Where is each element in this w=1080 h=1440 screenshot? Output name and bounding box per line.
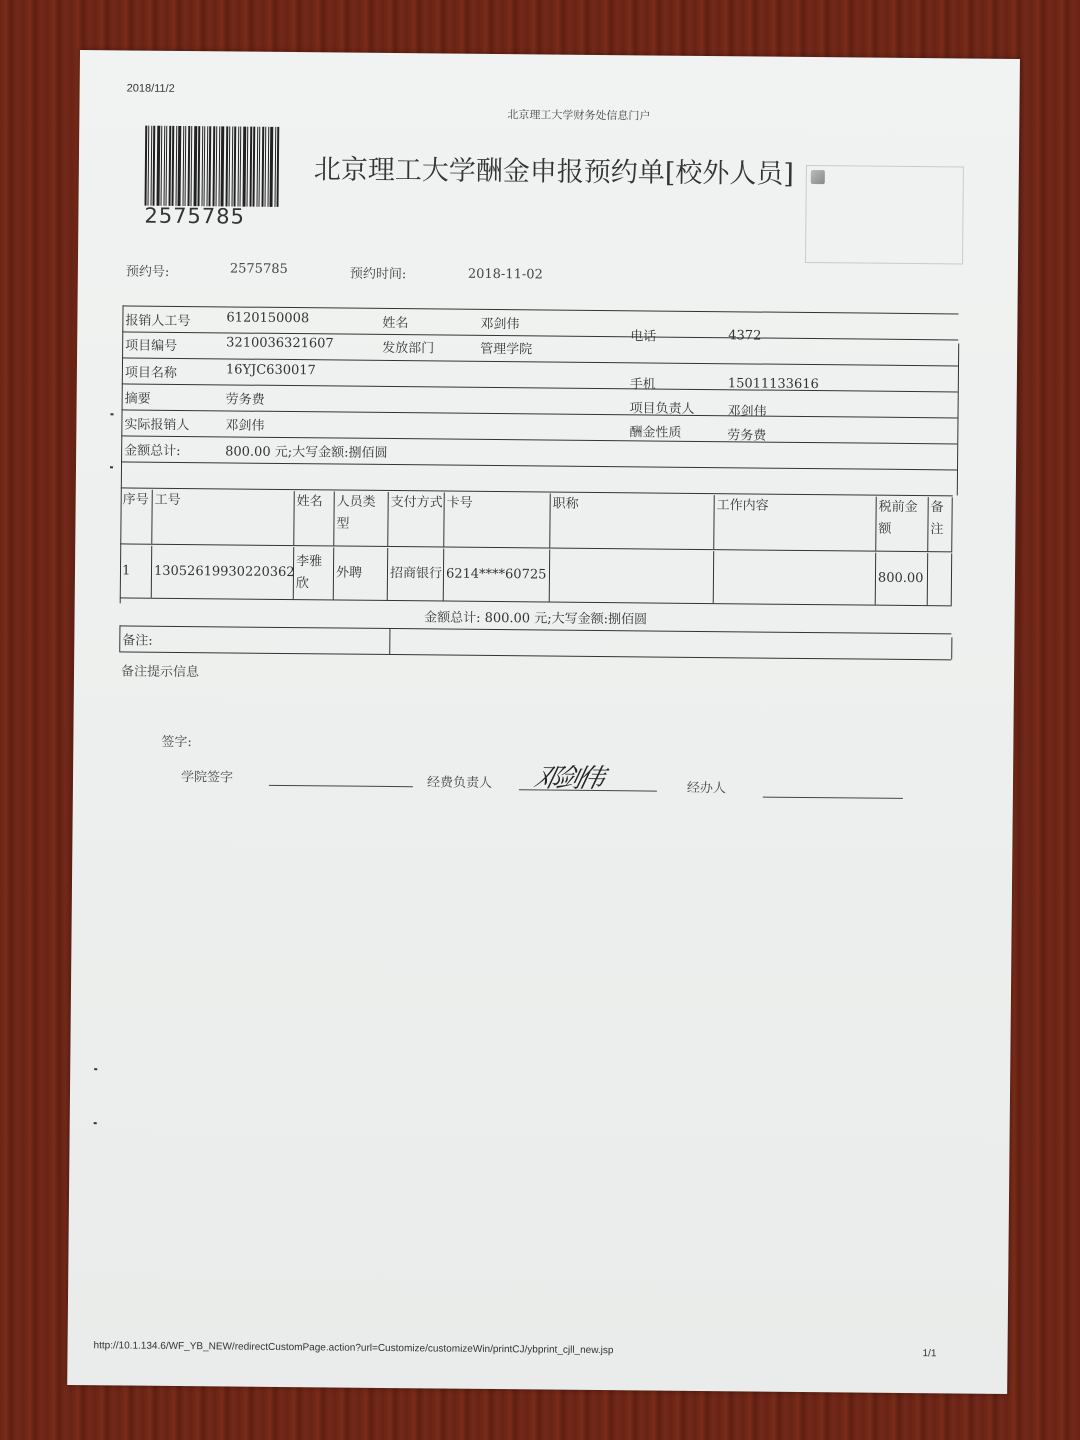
barcode-bar [185, 126, 187, 206]
barcode-bar [277, 127, 280, 207]
payee-cell: 外聘 [334, 547, 388, 600]
payee-total-text: 金额总计: 800.00 元;大写金额:捌佰圆 [424, 610, 647, 627]
page-indicator: 1/1 [922, 1348, 936, 1359]
handler-signature-line [763, 797, 903, 799]
handler-label: 经办人 [687, 777, 726, 796]
total-text: 800.00 元;大写金额:捌佰圆 [225, 440, 388, 461]
payee-cell: 130526199302203622 [152, 546, 294, 599]
barcode-bar [198, 126, 201, 206]
payee-cell: 李雅欣 [294, 547, 334, 599]
barcode: 2575785 [144, 126, 285, 217]
barcode-bar [229, 126, 231, 206]
employee-id-label: 报销人工号 [125, 309, 190, 329]
payee-table: 序号工号姓名人员类型支付方式卡号职称工作内容税前金额备注113052619930… [120, 487, 953, 611]
payee-cell: 800.00 [876, 553, 928, 605]
barcode-bar [216, 126, 218, 206]
payee-header-cell: 支付方式 [388, 492, 445, 547]
college-signature-label: 学院签字 [181, 766, 233, 785]
barcode-bar [166, 126, 168, 206]
payee-header-cell: 姓名 [294, 491, 335, 545]
reservation-no: 2575785 [230, 261, 288, 277]
name-label: 姓名 [382, 312, 408, 331]
payee-header-cell: 职称 [550, 494, 715, 550]
margin-mark [94, 1122, 97, 1124]
barcode-bar [178, 126, 182, 206]
dept: 管理学院 [480, 338, 532, 357]
reservation-no-label: 预约号: [126, 260, 170, 279]
dept-label: 发放部门 [382, 337, 434, 356]
payee-header-cell: 工作内容 [714, 495, 877, 551]
payee-cell [928, 553, 952, 605]
barcode-bar [161, 126, 163, 206]
fund-lead-signature: 邓剑伟 [531, 757, 605, 795]
payee-header-cell: 卡号 [444, 493, 551, 548]
college-signature-line [269, 785, 413, 787]
portal-name: 北京理工大学财务处信息门户 [507, 106, 650, 123]
barcode-bar [153, 126, 156, 206]
payee-header-cell: 工号 [152, 490, 295, 545]
barcode-bar [221, 126, 225, 206]
project-code: 3210036321607 [226, 335, 334, 351]
barcode-bar [234, 126, 237, 206]
actual-claimant-label: 实际报销人 [124, 413, 189, 433]
remark-label: 备注: [122, 629, 153, 648]
project-code-label: 项目编号 [125, 334, 177, 353]
barcode-bar [259, 127, 261, 207]
info-table: 报销人工号 6120150008 姓名 邓剑伟 电话 4372 项目编号 321… [123, 305, 959, 313]
project-name: 16YJC630017 [226, 362, 316, 378]
remark-tip: 备注提示信息 [121, 660, 199, 680]
payee-header-cell: 序号 [120, 489, 153, 543]
margin-mark [110, 466, 113, 468]
barcode-bar [265, 127, 267, 207]
signature-heading: 签字: [161, 731, 192, 750]
payee-cell [714, 551, 876, 605]
margin-mark [94, 1068, 97, 1070]
barcode-bar [148, 126, 150, 206]
barcode-bar [240, 127, 242, 207]
payee-header-cell: 人员类型 [334, 491, 389, 546]
summary: 劳务费 [226, 388, 265, 407]
form-title: 北京理工大学酬金申报预约单[校外人员] [294, 152, 814, 193]
summary-label: 摘要 [125, 387, 151, 406]
photo-placeholder [805, 165, 964, 265]
footer-url: http://10.1.134.6/WF_YB_NEW/redirectCust… [94, 1340, 614, 1356]
total-label: 金额总计: [124, 439, 181, 459]
barcode-bar [204, 126, 206, 206]
fund-lead-label: 经费负责人 [427, 771, 492, 791]
print-date: 2018/11/2 [127, 82, 175, 94]
broken-image-icon [811, 170, 825, 184]
payee-cell [550, 550, 714, 604]
pay-nature-label: 酬金性质 [629, 421, 681, 440]
actual-claimant: 邓剑伟 [225, 414, 264, 433]
barcode-bar [253, 127, 256, 207]
name: 邓剑伟 [480, 313, 519, 332]
barcode-number: 2575785 [144, 204, 284, 229]
barcode-bar [270, 127, 274, 207]
payee-header-cell: 税前金额 [876, 497, 929, 551]
project-name-label: 项目名称 [125, 361, 177, 380]
reservation-time-label: 预约时间: [350, 263, 407, 283]
barcode-bar [209, 126, 212, 206]
printed-form-page: 2018/11/2 北京理工大学财务处信息门户 2575785 北京理工大学酬金… [67, 50, 1020, 1394]
payee-header-cell: 备注 [928, 497, 953, 551]
payee-cell: 招商银行 [388, 548, 444, 601]
barcode-bars [145, 126, 286, 207]
reservation-time: 2018-11-02 [468, 267, 543, 283]
payee-cell: 1 [120, 545, 152, 597]
barcode-bar [247, 127, 249, 207]
employee-id: 6120150008 [226, 310, 309, 326]
margin-mark [110, 413, 113, 415]
barcode-bar [172, 126, 175, 206]
barcode-bar [191, 126, 193, 206]
payee-cell: 6214****60725 [444, 549, 550, 602]
